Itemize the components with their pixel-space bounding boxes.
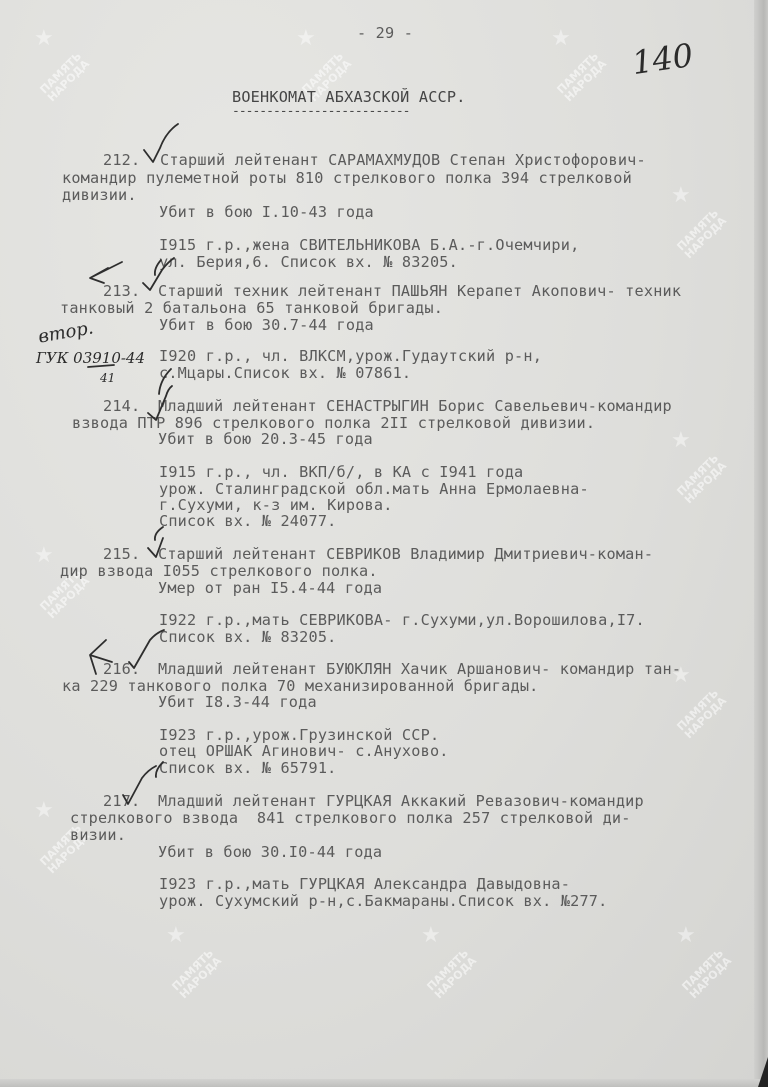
entry-number: 217. [103,793,140,810]
entry-line: Старший лейтенант САРАМАХМУДОВ Степан Хр… [160,152,646,169]
entry-line: визии. [70,827,126,844]
watermark: ★ ПАМЯТЬ НАРОДА [545,28,615,108]
entry-line: Младший лейтенант СЕНАСТРЫГИН Борис Саве… [158,398,672,415]
entry-number: 216. [103,661,140,678]
entry-line: Младший лейтенант БУЮКЛЯН Хачик Аршанови… [158,661,681,678]
entry-detail: I920 г.р., чл. ВЛКСМ,урож.Гудаутский р-н… [159,348,542,365]
page-edge-shadow [0,1079,768,1087]
margin-note: втор. [37,317,95,347]
page-edge-shadow [754,0,768,1087]
archival-document-page: ★ ПАМЯТЬ НАРОДА ★ ПАМЯТЬ НАРОДА ★ ПАМЯТЬ… [0,0,768,1087]
entry-line: стрелкового взвода 841 стрелкового полка… [70,810,631,827]
entry-fate: Убит в бою 30.7-44 года [159,317,374,334]
star-icon: ★ [671,430,691,452]
entry-detail: Список вх. № 65791. [159,760,337,777]
entry-detail: I922 г.р.,мать СЕВРИКОВА- г.Сухуми,ул.Во… [159,612,645,629]
page-number: - 29 - [357,25,413,42]
star-icon: ★ [34,800,54,822]
entry-line: Младший лейтенант ГУРЦКАЯ Аккакий Ревазо… [158,793,644,810]
entry-fate: Убит в бою 30.I0-44 года [158,844,382,861]
entry-line: дивизии. [62,187,137,204]
star-icon: ★ [676,925,696,947]
watermark: ★ ПАМЯТЬ НАРОДА [160,925,230,1005]
entry-detail: ул. Берия,6. Список вх. № 83205. [159,254,458,271]
entry-fate: Убит I8.3-44 года [158,694,317,711]
star-icon: ★ [296,28,316,50]
star-icon: ★ [421,925,441,947]
entry-detail: урож. Сухумский р-н,с.Бакмараны.Список в… [159,893,608,910]
entry-detail: I923 г.р.,мать ГУРЦКАЯ Александра Давыдо… [159,876,570,893]
entry-line: Старший лейтенант СЕВРИКОВ Владимир Дмит… [158,546,653,563]
entry-line: Старший техник лейтенант ПАШЬЯН Керапет … [158,283,681,300]
star-icon: ★ [166,925,186,947]
star-icon: ★ [671,185,691,207]
star-icon: ★ [34,545,54,567]
entry-number: 214. [103,398,140,415]
entry-detail: отец ОРШАК Агинович- с.Анухово. [159,743,449,760]
entry-number: 212. [103,152,140,169]
entry-line: танковый 2 батальона 65 танковой бригады… [60,300,443,317]
entry-fate: Убит в бою 20.3-45 года [158,431,373,448]
watermark: ★ ПАМЯТЬ НАРОДА [665,430,735,510]
entry-number: 215. [103,546,140,563]
star-icon: ★ [551,28,571,50]
entry-detail: с.Мцары.Список вх. № 07861. [159,365,411,382]
entry-line: командир пулеметной роты 810 стрелкового… [62,170,632,187]
entry-line: дир взвода I055 стрелкового полка. [60,563,378,580]
arrow-mark-icon [90,262,122,283]
margin-note: 41 [100,371,115,385]
entry-number: 213. [103,283,140,300]
watermark: ★ ПАМЯТЬ НАРОДА [28,28,98,108]
watermark: ★ ПАМЯТЬ НАРОДА [670,925,740,1005]
title-underline: -------------------------- [232,104,410,119]
watermark: ★ ПАМЯТЬ НАРОДА [665,185,735,265]
star-icon: ★ [34,28,54,50]
entry-fate: Убит в бою I.10-43 года [159,204,374,221]
entry-detail: I915 г.р.,жена СВИТЕЛЬНИКОВА Б.А.-г.Очем… [159,237,579,254]
archive-sheet-number: 140 [630,36,696,82]
entry-detail: Список вх. № 83205. [159,629,337,646]
entry-fate: Умер от ран I5.4-44 года [158,580,382,597]
margin-note: ГУК 03910-44 [36,349,145,367]
entry-detail: Список вх. № 24077. [159,513,337,530]
watermark: ★ ПАМЯТЬ НАРОДА [28,545,98,625]
watermark: ★ ПАМЯТЬ НАРОДА [415,925,485,1005]
entry-detail: I915 г.р., чл. ВКП/б/, в КА с I941 года [159,464,523,481]
